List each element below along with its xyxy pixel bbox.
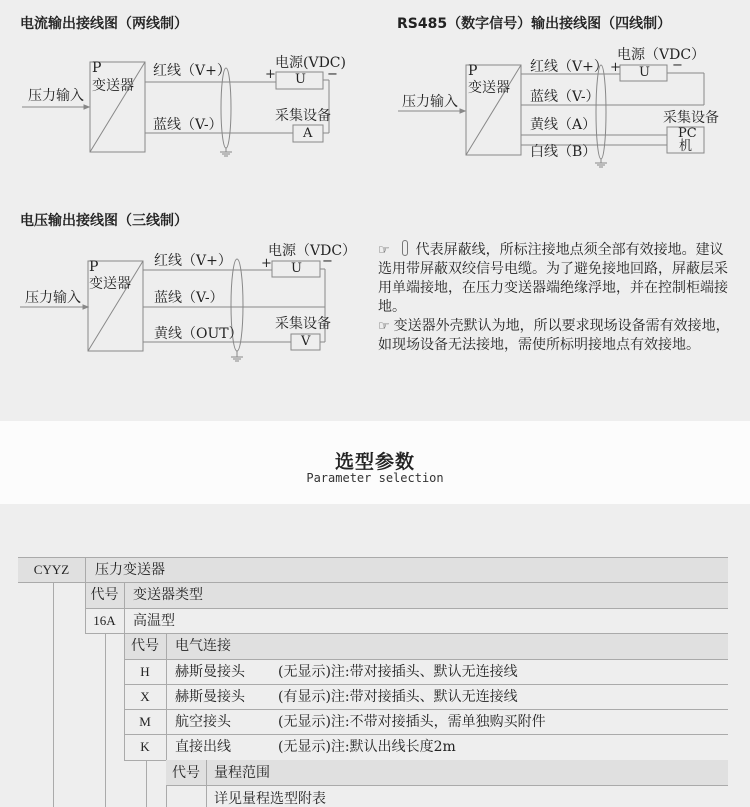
model-code: CYYZ <box>18 558 85 582</box>
pressure-input-label: 压力输入 <box>25 290 81 306</box>
type-desc-16a: 高温型 <box>133 609 175 633</box>
red-wire-label: 红线（V+） <box>154 253 232 269</box>
transmitter-p-label: P <box>89 259 98 275</box>
device-label: 采集设备 <box>275 316 331 332</box>
electrical-note-h: (无显示)注:带对接插头、默认无连接线 <box>278 660 518 684</box>
power-label: 电源（VDC） <box>617 47 705 63</box>
section-subtitle: Parameter selection <box>0 471 750 485</box>
yellow-wire-label: 黄线（A） <box>530 117 596 133</box>
tree-line <box>166 785 167 807</box>
device-box-line2: 机 <box>679 139 692 155</box>
device-box-label: A <box>303 126 312 142</box>
electrical-code-m: M <box>124 710 166 734</box>
model-desc: 压力变送器 <box>95 558 165 582</box>
white-wire-label: 白线（B） <box>530 144 596 160</box>
tree-line <box>53 582 54 807</box>
plus-sign: + <box>265 67 276 83</box>
transmitter-label: 变送器 <box>92 78 134 94</box>
plus-sign: + <box>610 60 621 76</box>
voltage-diagram-title: 电压输出接线图（三线制） <box>20 210 188 230</box>
power-box-label: U <box>295 72 306 88</box>
shield-line-icon <box>402 240 408 256</box>
pressure-input-label: 压力输入 <box>402 94 458 110</box>
cell-divider <box>206 760 207 807</box>
blue-wire-label: 蓝线（V-） <box>154 290 224 306</box>
cell-divider <box>85 557 86 583</box>
red-wire-label: 红线（V+） <box>153 63 231 79</box>
electrical-code-h: H <box>124 660 166 684</box>
electrical-note-m: (无显示)注:不带对接插头，需单独购买附件 <box>278 710 546 734</box>
blue-wire-label: 蓝线（V-） <box>530 89 600 105</box>
section-header: 选型参数 Parameter selection <box>0 421 750 504</box>
blue-wire-label: 蓝线（V-） <box>153 117 223 133</box>
range-desc: 详见量程选型附表 <box>214 787 326 807</box>
electrical-desc-h: 赫斯曼接头 <box>175 660 245 684</box>
transmitter-label: 变送器 <box>468 80 510 96</box>
type-header-code: 代号 <box>85 583 124 607</box>
range-header-desc: 量程范围 <box>214 761 270 785</box>
tree-line <box>105 633 106 807</box>
minus-sign: − <box>327 67 338 83</box>
electrical-header-code: 代号 <box>124 634 166 658</box>
electrical-note-k: (无显示)注:默认出线长度2m <box>278 735 456 759</box>
electrical-note-x: (有显示)注:带对接插头、默认无连接线 <box>278 685 518 709</box>
power-label: 电源（VDC） <box>268 243 356 259</box>
transmitter-p-label: P <box>468 63 477 79</box>
note-shielding: ☞代表屏蔽线，所标注接地点须全部有效接地。建议选用带屏蔽双绞信号电缆。为了避免接… <box>378 240 736 317</box>
electrical-header-desc: 电气连接 <box>175 634 231 658</box>
electrical-desc-m: 航空接头 <box>175 710 231 734</box>
pointing-hand-icon: ☞ <box>378 319 390 334</box>
plus-sign: + <box>261 256 272 272</box>
electrical-code-k: K <box>124 735 166 759</box>
selection-table: CYYZ 压力变送器 代号 变送器类型 16A 高温型 代号 电气连接 H 赫斯… <box>0 504 750 807</box>
electrical-desc-x: 赫斯曼接头 <box>175 685 245 709</box>
transmitter-label: 变送器 <box>89 276 131 292</box>
device-box-label: V <box>301 334 310 350</box>
note-grounding: ☞变送器外壳默认为地，所以要求现场设备需有效接地，如现场设备无法接地，需使所标明… <box>378 317 736 355</box>
wiring-notes: ☞代表屏蔽线，所标注接地点须全部有效接地。建议选用带屏蔽双绞信号电缆。为了避免接… <box>378 240 736 355</box>
rs485-diagram-title: RS485（数字信号）输出接线图（四线制） <box>397 13 671 33</box>
transmitter-p-label: P <box>92 60 101 76</box>
type-header-desc: 变送器类型 <box>133 583 203 607</box>
minus-sign: − <box>322 254 333 270</box>
power-box-label: U <box>639 65 650 81</box>
minus-sign: − <box>672 58 683 74</box>
wiring-diagrams-section: 电流输出接线图（两线制） <box>0 0 750 421</box>
device-label: 采集设备 <box>275 108 331 124</box>
range-header-code: 代号 <box>166 761 206 785</box>
type-code-16a: 16A <box>85 609 124 633</box>
red-wire-label: 红线（V+） <box>530 59 608 75</box>
note-grounding-text: 变送器外壳默认为地，所以要求现场设备需有效接地，如现场设备无法接地，需使所标明接… <box>378 318 730 353</box>
power-box-label: U <box>291 261 302 277</box>
section-title: 选型参数 <box>0 447 750 474</box>
pressure-input-label: 压力输入 <box>28 88 84 104</box>
yellow-wire-label: 黄线（OUT） <box>154 326 243 342</box>
tree-line <box>146 760 147 807</box>
pointing-hand-icon: ☞ <box>378 243 390 258</box>
table-row-type-16a <box>85 608 728 634</box>
electrical-code-x: X <box>124 685 166 709</box>
note-shielding-text: 代表屏蔽线，所标注接地点须全部有效接地。建议选用带屏蔽双绞信号电缆。为了避免接地… <box>378 242 728 315</box>
device-label: 采集设备 <box>663 110 719 126</box>
electrical-desc-k: 直接出线 <box>175 735 231 759</box>
